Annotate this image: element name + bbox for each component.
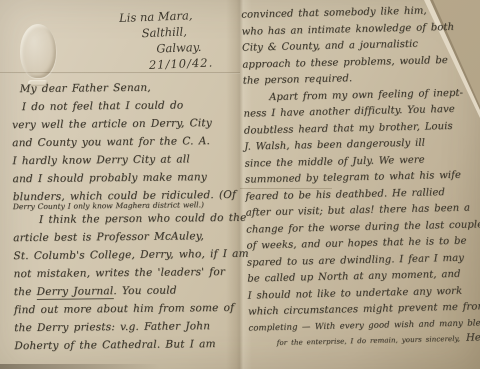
- journal-line-post: . You could: [113, 284, 176, 297]
- salutation: My dear Father Senan,: [12, 78, 238, 98]
- letter-line: St. Columb's College, Derry, who, if I a…: [13, 245, 239, 265]
- letterhead: Lis na Mara, Salthill, Galway. 21/10/42.: [107, 6, 239, 75]
- letter-line: and I should probably make many: [13, 168, 239, 188]
- letter-line: very well the article on Derry, City: [12, 114, 238, 134]
- signature: Helena Concannon: [460, 330, 480, 343]
- bottom-edge-shadow: [0, 364, 160, 369]
- letter-line-journal: the Derry Journal. You could: [14, 281, 240, 301]
- letter-line: not mistaken, writes the 'leaders' for: [14, 263, 240, 283]
- letter-line: Doherty of the Cathedral. But I am: [14, 335, 240, 355]
- letter-line: find out more about him from some of: [14, 299, 240, 319]
- letter-line: article best is Professor McAuley,: [13, 227, 239, 247]
- letter-line: I hardly know Derry City at all: [12, 150, 238, 170]
- letter-line: and County you want for the C. A.: [12, 132, 238, 152]
- letter-line: I do not feel that I could do: [12, 96, 238, 116]
- letter-photo: Lis na Mara, Salthill, Galway. 21/10/42.…: [0, 0, 480, 369]
- closing-text: for the enterprise, I do remain, yours s…: [277, 335, 460, 347]
- right-page: convinced that somebody like him, who ha…: [241, 2, 480, 350]
- journal-line-pre: the: [14, 286, 37, 298]
- letter-date: 21/10/42.: [149, 53, 240, 72]
- underlined-journal-title: Derry Journal: [37, 285, 114, 300]
- letter-line: I think the person who could do the: [13, 209, 239, 229]
- letter-line: the Derry priests: v.g. Father John: [14, 317, 240, 337]
- embossed-harp-seal: [20, 24, 56, 78]
- left-page: My dear Father Senan, I do not feel that…: [12, 78, 241, 355]
